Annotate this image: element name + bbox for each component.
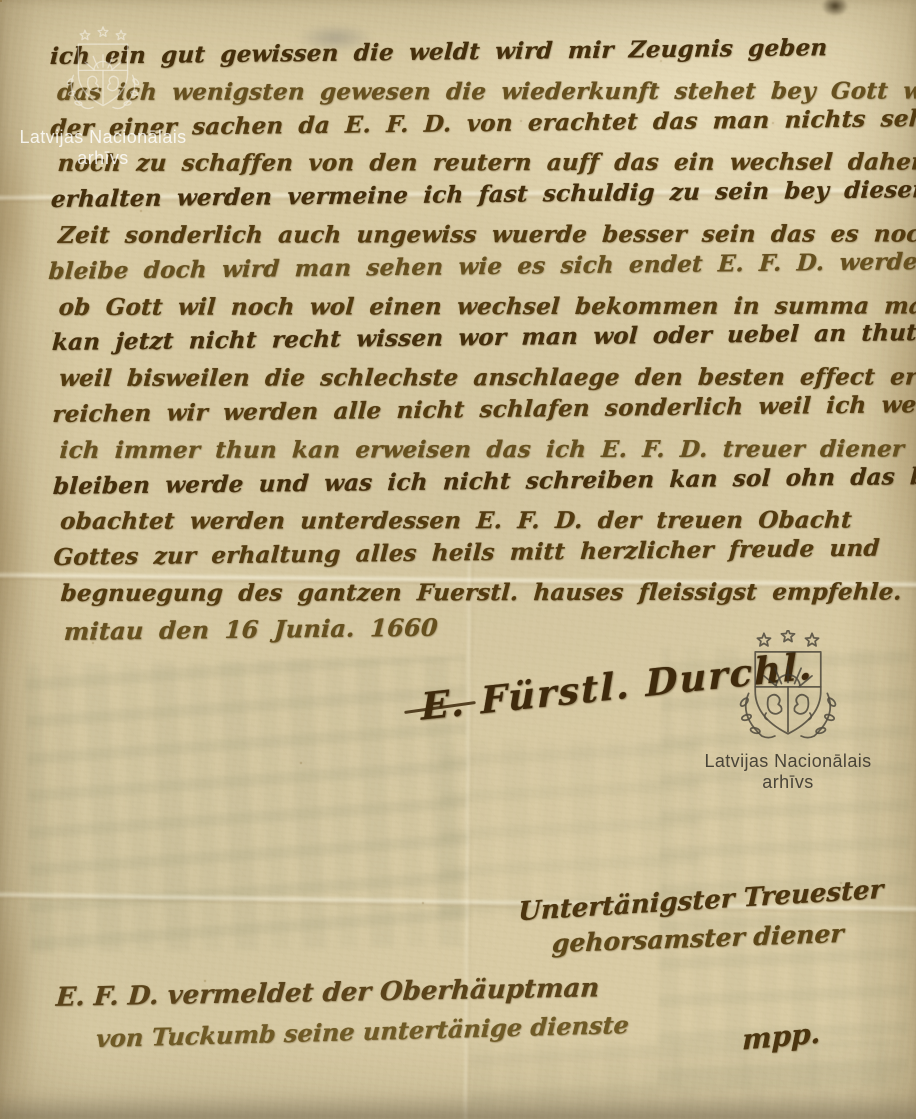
paper-stain bbox=[0, 420, 24, 680]
ink-bleed-ghost bbox=[26, 656, 471, 954]
archive-name: arhīvs bbox=[688, 772, 888, 792]
letter-body: ich ein gut gewissen die weldt wird mir … bbox=[50, 33, 902, 649]
address-line: E. F. D. vermeldet der Oberhäuptman bbox=[55, 973, 600, 1013]
signature-line: E. Fürstl. Durchl. bbox=[421, 643, 814, 728]
paper-stain bbox=[0, 880, 28, 1100]
manuscript-letter-scan: ich ein gut gewissen die weldt wird mir … bbox=[0, 0, 916, 1119]
archive-name: Latvijas Nacionālais bbox=[688, 750, 888, 772]
paraph-flourish: mpp. bbox=[742, 1016, 821, 1056]
paper-edge-shadow bbox=[0, 1094, 916, 1119]
foxing-specks bbox=[0, 0, 2, 2]
closing-line: gehorsamster diener bbox=[551, 919, 844, 958]
address-line: von Tuckumb seine untertänige dienste bbox=[95, 1010, 630, 1053]
paper-stain bbox=[0, 130, 30, 310]
manuscript-line: ich ein gut gewissen die weldt wird mir … bbox=[49, 29, 899, 74]
ink-bleed-ghost bbox=[470, 1040, 900, 1110]
ink-blot bbox=[822, 0, 848, 16]
